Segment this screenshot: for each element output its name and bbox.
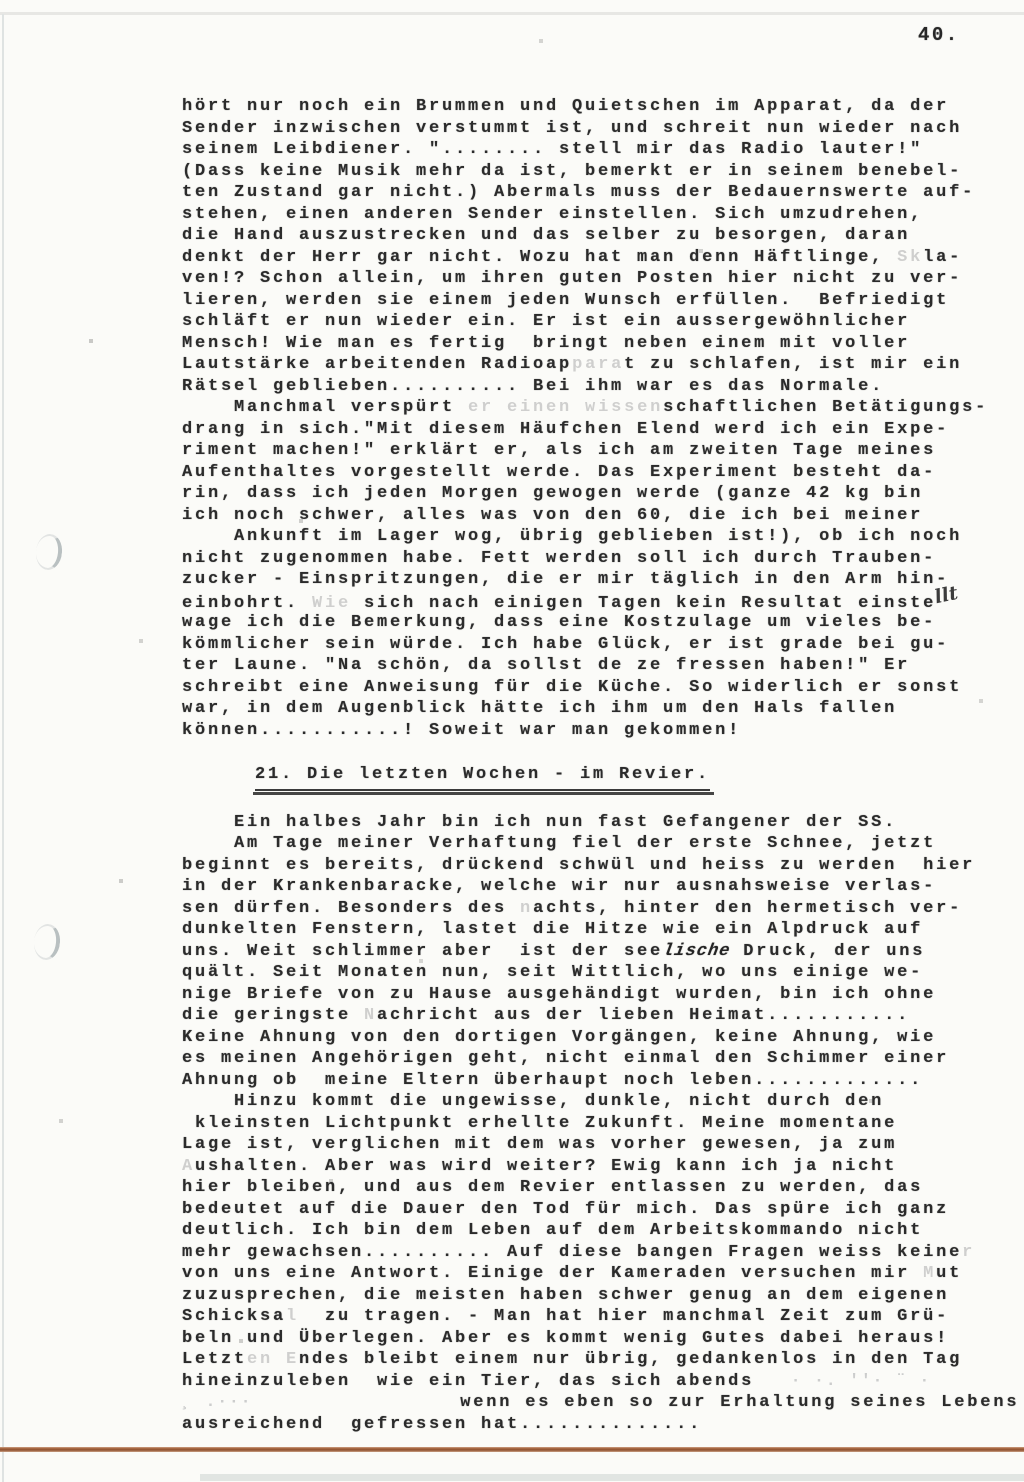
text-segment: Ein halbes Jahr bin ich nun fast Gefange… <box>182 813 897 832</box>
text-segment: l <box>286 1307 299 1326</box>
text-segment: schaftlichen Betätigungs- <box>663 398 988 417</box>
text-segment: Ankunft im Lager wog, übrig geblieben is… <box>182 527 962 546</box>
paragraph: Manchmal verspürt er einen wissenschaftl… <box>182 397 1002 741</box>
paragraph: hört nur noch ein Brummen und Quietschen… <box>182 96 1002 397</box>
text-segment: schreibt eine Anweisung für die Küche. S… <box>182 678 962 697</box>
text-segment: wenn es eben so zur Erhaltung seines Leb… <box>252 1393 1019 1412</box>
text-line: schreibt eine Anweisung für die Küche. S… <box>182 677 1002 699</box>
text-segment: Sk <box>897 248 923 267</box>
text-segment: lieren, werden sie einem jeden Wunsch er… <box>182 291 949 310</box>
text-line: drang in sich."Mit diesem Häufchen Elend… <box>182 419 1002 441</box>
text-line: Mensch! Wie man es fertig bringt neben e… <box>182 333 1002 355</box>
scanned-page: 40. hört nur noch ein Brummen und Quiets… <box>0 0 1024 1482</box>
text-segment: ndes bleibt einem nur übrig, gedankenlos… <box>299 1350 962 1369</box>
text-segment: Hinzu kommt die ungewisse, dunkle, nicht… <box>182 1092 884 1111</box>
text-line: ¸ .··· wenn es eben so zur Erhaltung sei… <box>182 1392 1002 1414</box>
text-segment: beln und Überlegen. Aber es kommt wenig … <box>182 1329 949 1348</box>
text-line: zucker - Einspritzungen, die er mir tägl… <box>182 569 1002 591</box>
text-segment: dunkelten Fenstern, lastet die Hitze wie… <box>182 920 923 939</box>
text-segment: zucker - Einspritzungen, die er mir tägl… <box>182 570 949 589</box>
text-line: von uns eine Antwort. Einige der Kamerad… <box>182 1263 1002 1285</box>
text-segment: Letzt <box>182 1350 247 1369</box>
text-segment: nicht zugenommen habe. Fett werden soll … <box>182 549 936 568</box>
text-line: können...........! Soweit war man gekomm… <box>182 720 1002 742</box>
text-segment: denkt der Herr gar nicht. Wozu hat man d… <box>182 248 897 267</box>
text-line: stehen, einen anderen Sender einstellen.… <box>182 204 1002 226</box>
text-segment: Lautstärke arbeitenden Radioap <box>182 355 572 374</box>
text-line: lieren, werden sie einem jeden Wunsch er… <box>182 290 1002 312</box>
text-segment: kleinsten Lichtpunkt erhellte Zukunft. M… <box>182 1114 897 1133</box>
text-segment: ich noch schwer, alles was von den 60, d… <box>182 506 923 525</box>
text-segment: sich nach einigen Tagen kein Resultat ei… <box>351 594 936 613</box>
text-line: Keine Ahnung von den dortigen Vorgängen,… <box>182 1027 1002 1049</box>
text-segment: la- <box>923 248 962 267</box>
text-segment: uns. Weit schlimmer aber ist der see <box>182 942 663 961</box>
text-line: Aufenthaltes vorgestellt werde. Das Expe… <box>182 462 1002 484</box>
text-line: nicht zugenommen habe. Fett werden soll … <box>182 548 1002 570</box>
text-line: Lautstärke arbeitenden Radioapparat zu s… <box>182 354 1002 376</box>
left-edge-scan-line <box>2 14 4 1482</box>
text-line: Ein halbes Jahr bin ich nun fast Gefange… <box>182 812 1002 834</box>
text-segment: ven!? Schon allein, um ihren guten Poste… <box>182 269 962 288</box>
text-segment: Am Tage meiner Verhaftung fiel der erste… <box>182 834 936 853</box>
text-line: hört nur noch ein Brummen und Quietschen… <box>182 96 1002 118</box>
text-line: beginnt es bereits, drückend schwül und … <box>182 855 1002 877</box>
text-line: Sender inzwischen verstummt ist, und sch… <box>182 118 1002 140</box>
text-line: Lage ist, verglichen mit dem was vorher … <box>182 1134 1002 1156</box>
text-line: Schicksal zu tragen. - Man hat hier manc… <box>182 1306 1002 1328</box>
paper-speckles <box>0 0 2 2</box>
section-heading: 21. Die letzten Wochen - im Revier. <box>255 764 1002 791</box>
text-segment: Lage ist, verglichen mit dem was vorher … <box>182 1135 897 1154</box>
section-heading-text: 21. Die letzten Wochen - im Revier. <box>255 764 710 791</box>
text-segment: mehr gewachsen.......... Auf diese bange… <box>182 1243 962 1262</box>
text-segment: er einen wissen <box>468 398 663 417</box>
text-segment: hineinzuleben wie ein Tier, das sich abe… <box>182 1372 767 1391</box>
text-segment: (Dass keine Musik mehr da ist, bemerkt e… <box>182 162 962 181</box>
text-line: hineinzuleben wie ein Tier, das sich abe… <box>182 1371 1002 1393</box>
text-line: die geringste Nachricht aus der lieben H… <box>182 1005 1002 1027</box>
text-line: ich noch schwer, alles was von den 60, d… <box>182 505 1002 527</box>
text-segment: quält. Seit Monaten nun, seit Wittlich, … <box>182 963 923 982</box>
text-segment: ushalten. Aber was wird weiter? Ewig kan… <box>195 1157 897 1176</box>
text-line: einbohrt. Wie sich nach einigen Tagen ke… <box>182 591 1002 613</box>
text-line: quält. Seit Monaten nun, seit Wittlich, … <box>182 962 1002 984</box>
text-line: riment machen!" erklärt er, als ich am z… <box>182 440 1002 462</box>
text-line: es meinen Angehörigen geht, nicht einmal… <box>182 1048 1002 1070</box>
text-segment: ¸ .··· <box>182 1393 252 1412</box>
text-segment: rin, dass ich jeden Morgen gewogen werde… <box>182 484 923 503</box>
text-line: Manchmal verspürt er einen wissenschaftl… <box>182 397 1002 419</box>
punch-hole-mark-bottom <box>32 923 62 962</box>
text-line: wage ich die Bemerkung, dass eine Kostzu… <box>182 612 1002 634</box>
text-line: seinem Leibdiener. "........ stell mir d… <box>182 139 1002 161</box>
text-line: deutlich. Ich bin dem Leben auf dem Arbe… <box>182 1220 1002 1242</box>
text-segment: ter Laune. "Na schön, da sollst de ze fr… <box>182 656 910 675</box>
text-segment: Druck, der uns <box>730 942 925 961</box>
text-line: schläft er nun wieder ein. Er ist ein au… <box>182 311 1002 333</box>
text-line: Letzten Endes bleibt einem nur übrig, ge… <box>182 1349 1002 1371</box>
text-line: ausreichend gefressen hat.............. <box>182 1414 1002 1436</box>
text-line: denkt der Herr gar nicht. Wozu hat man d… <box>182 247 1002 269</box>
text-segment: die geringste <box>182 1006 364 1025</box>
bottom-brown-rule <box>0 1447 1024 1452</box>
text-line: war, in dem Augenblick hätte ich ihm um … <box>182 698 1002 720</box>
text-segment: llt <box>933 582 960 608</box>
text-segment: Manchmal verspürt <box>182 398 468 417</box>
text-block: hört nur noch ein Brummen und Quietschen… <box>182 96 1002 1435</box>
text-segment: kömmlicher sein würde. Ich habe Glück, e… <box>182 635 949 654</box>
text-segment: Rätsel geblieben.......... Bei ihm war e… <box>182 377 884 396</box>
text-line: Am Tage meiner Verhaftung fiel der erste… <box>182 833 1002 855</box>
text-segment: Mensch! Wie man es fertig bringt neben e… <box>182 334 910 353</box>
paragraph: Ein halbes Jahr bin ich nun fast Gefange… <box>182 812 1002 1092</box>
text-segment: zuzusprechen, die meisten haben schwer g… <box>182 1286 949 1305</box>
text-segment: n <box>520 899 533 918</box>
text-line: mehr gewachsen.......... Auf diese bange… <box>182 1242 1002 1264</box>
text-segment: hört nur noch ein Brummen und Quietschen… <box>182 97 949 116</box>
text-line: uns. Weit schlimmer aber ist der seelisc… <box>182 941 1002 963</box>
text-segment: t zu schlafen, ist mir ein <box>624 355 962 374</box>
text-segment: hier bleiben, und aus dem Revier entlass… <box>182 1178 923 1197</box>
text-line: Ahnung ob meine Eltern überhaupt noch le… <box>182 1070 1002 1092</box>
text-segment: A <box>182 1157 195 1176</box>
text-segment: achricht aus der lieben Heimat..........… <box>377 1006 910 1025</box>
text-segment: ten Zustand gar nicht.) Abermals muss de… <box>182 183 975 202</box>
text-segment: Aufenthaltes vorgestellt werde. Das Expe… <box>182 463 936 482</box>
text-line: kleinsten Lichtpunkt erhellte Zukunft. M… <box>182 1113 1002 1135</box>
text-segment: zu tragen. - Man hat hier manchmal Zeit … <box>299 1307 949 1326</box>
page-number: 40. <box>918 24 960 46</box>
text-segment: lische <box>661 941 732 963</box>
text-line: zuzusprechen, die meisten haben schwer g… <box>182 1285 1002 1307</box>
text-segment: stehen, einen anderen Sender einstellen.… <box>182 205 923 224</box>
text-segment: en E <box>247 1350 299 1369</box>
text-segment: Schicksa <box>182 1307 286 1326</box>
text-segment: achts, hinter den hermetisch ver- <box>533 899 962 918</box>
text-line: bedeutet auf die Dauer den Tod für mich.… <box>182 1199 1002 1221</box>
paragraph: Hinzu kommt die ungewisse, dunkle, nicht… <box>182 1091 1002 1435</box>
text-segment: N <box>364 1006 377 1025</box>
text-segment: bedeutet auf die Dauer den Tod für mich.… <box>182 1200 949 1219</box>
text-line: in der Krankenbaracke, welche wir nur au… <box>182 876 1002 898</box>
text-segment: können...........! Soweit war man gekomm… <box>182 721 741 740</box>
text-segment: wage ich die Bemerkung, dass eine Kostzu… <box>182 613 936 632</box>
text-segment: M <box>923 1264 936 1283</box>
text-segment: Sender inzwischen verstummt ist, und sch… <box>182 119 962 138</box>
text-line: ven!? Schon allein, um ihren guten Poste… <box>182 268 1002 290</box>
text-line: ter Laune. "Na schön, da sollst de ze fr… <box>182 655 1002 677</box>
text-segment: drang in sich."Mit diesem Häufchen Elend… <box>182 420 949 439</box>
text-segment: Wie <box>312 594 351 613</box>
text-segment: Ahnung ob meine Eltern überhaupt noch le… <box>182 1071 923 1090</box>
text-segment: ut <box>936 1264 962 1283</box>
text-line: sen dürfen. Besonders des nachts, hinter… <box>182 898 1002 920</box>
text-segment: die Hand auszustrecken und das selber zu… <box>182 226 910 245</box>
text-line: Hinzu kommt die ungewisse, dunkle, nicht… <box>182 1091 1002 1113</box>
text-line: nige Briefe von zu Hause ausgehändigt wu… <box>182 984 1002 1006</box>
text-segment: nige Briefe von zu Hause ausgehändigt wu… <box>182 985 936 1004</box>
text-line: rin, dass ich jeden Morgen gewogen werde… <box>182 483 1002 505</box>
text-line: ten Zustand gar nicht.) Abermals muss de… <box>182 182 1002 204</box>
text-segment: riment machen!" erklärt er, als ich am z… <box>182 441 936 460</box>
text-line: Aushalten. Aber was wird weiter? Ewig ka… <box>182 1156 1002 1178</box>
text-segment: seinem Leibdiener. "........ stell mir d… <box>182 140 923 159</box>
text-segment: Keine Ahnung von den dortigen Vorgängen,… <box>182 1028 936 1047</box>
text-line: kömmlicher sein würde. Ich habe Glück, e… <box>182 634 1002 656</box>
text-line: hier bleiben, und aus dem Revier entlass… <box>182 1177 1002 1199</box>
text-segment: · ·. ''· ¨ · <box>767 1372 931 1391</box>
text-segment: sen dürfen. Besonders des <box>182 899 520 918</box>
text-segment: para <box>572 355 624 374</box>
text-line: (Dass keine Musik mehr da ist, bemerkt e… <box>182 161 1002 183</box>
text-segment: r <box>962 1243 975 1262</box>
text-segment: schläft er nun wieder ein. Er ist ein au… <box>182 312 910 331</box>
text-line: beln und Überlegen. Aber es kommt wenig … <box>182 1328 1002 1350</box>
text-segment: von uns eine Antwort. Einige der Kamerad… <box>182 1264 923 1283</box>
text-segment: war, in dem Augenblick hätte ich ihm um … <box>182 699 897 718</box>
text-segment: es meinen Angehörigen geht, nicht einmal… <box>182 1049 949 1068</box>
text-line: dunkelten Fenstern, lastet die Hitze wie… <box>182 919 1002 941</box>
text-segment: ausreichend gefressen hat.............. <box>182 1415 702 1434</box>
text-segment: in der Krankenbaracke, welche wir nur au… <box>182 877 936 896</box>
text-line: Rätsel geblieben.......... Bei ihm war e… <box>182 376 1002 398</box>
text-line: Ankunft im Lager wog, übrig geblieben is… <box>182 526 1002 548</box>
punch-hole-mark-top <box>34 533 64 572</box>
text-segment: beginnt es bereits, drückend schwül und … <box>182 856 975 875</box>
bottom-gray-band <box>200 1474 1024 1481</box>
text-line: die Hand auszustrecken und das selber zu… <box>182 225 1002 247</box>
top-scan-line <box>0 12 1024 15</box>
text-segment: deutlich. Ich bin dem Leben auf dem Arbe… <box>182 1221 923 1240</box>
text-segment: einbohrt. <box>182 594 312 613</box>
